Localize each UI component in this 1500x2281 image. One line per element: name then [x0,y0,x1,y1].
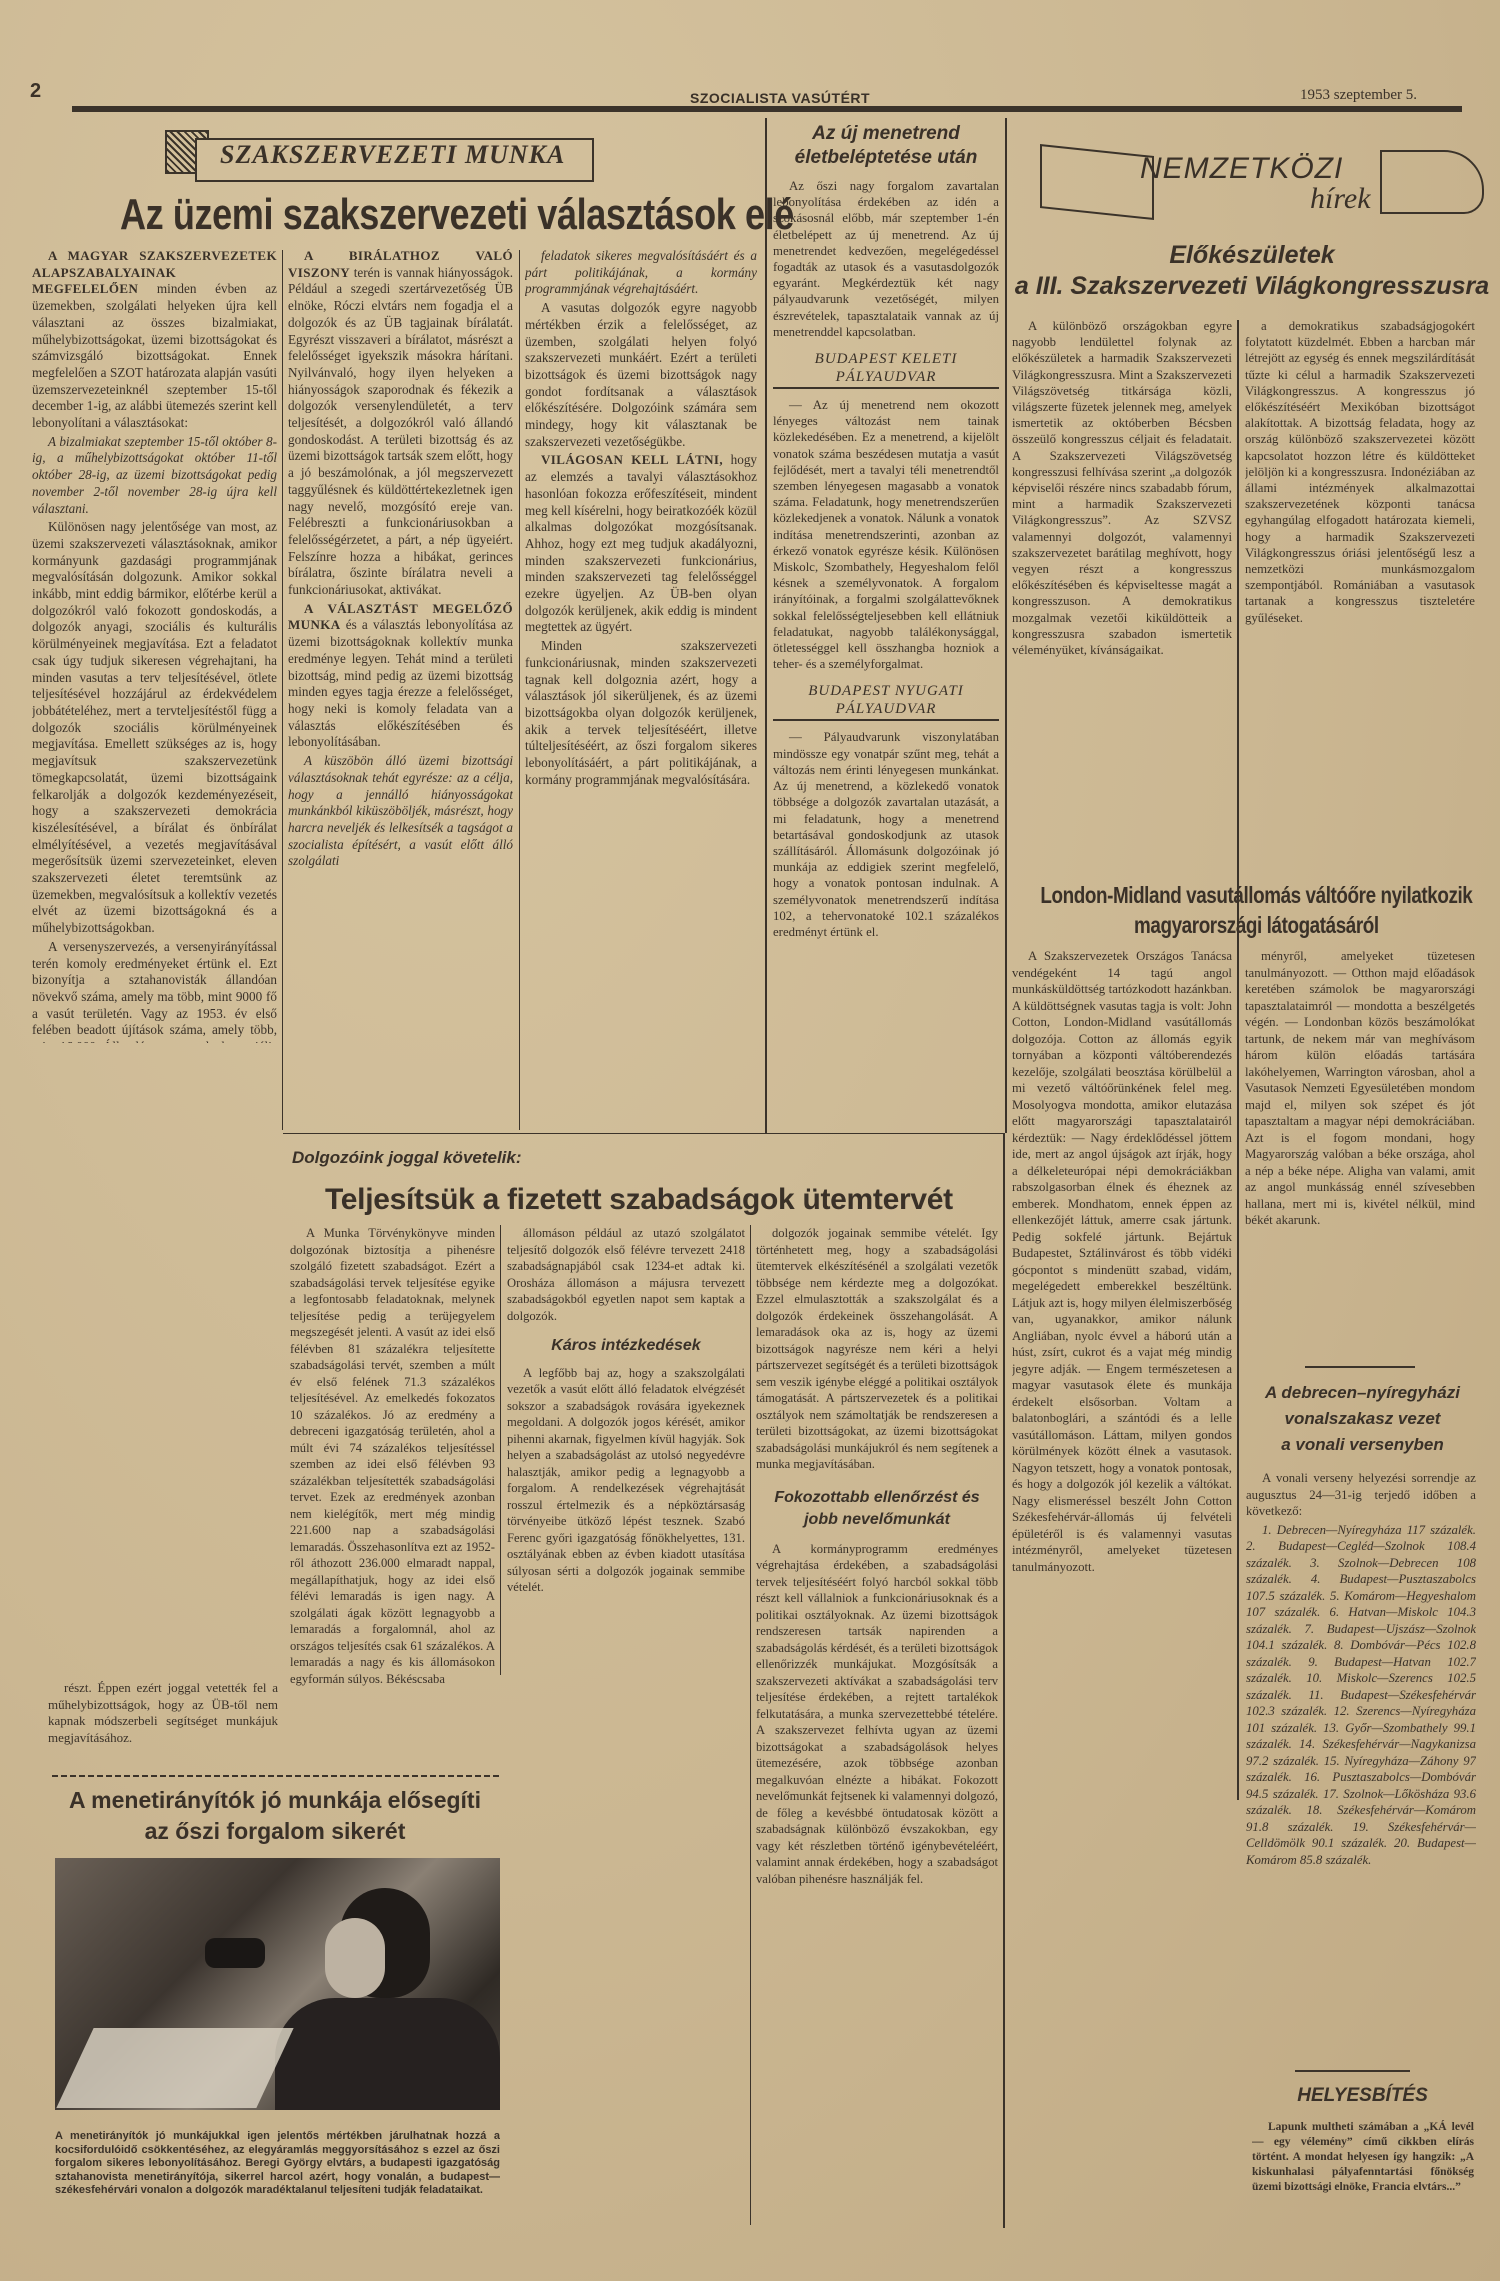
subhead-fokozottabb: Fokozottabb ellenőrzést és jobb nevelőmu… [766,1487,988,1531]
debrecen-body: A vonali verseny helyezési sorrendje az … [1246,1470,1476,2060]
vacation-kicker: Dolgozóink joggal követelik: [292,1148,522,1168]
congress-col1: A különböző országokban egyre nagyobb le… [1012,318,1232,878]
headline-dispatchers: A menetirányítók jó munkája elősegíti az… [40,1785,510,1847]
column-rule [765,118,767,1133]
correction-headline: HELYESBÍTÉS [1245,2085,1480,2107]
headline-congress: Előkészületek a III. Szakszervezeti Vilá… [1012,240,1492,302]
section-banner: SZAKSZERVEZETI MUNKA [165,130,605,185]
elections-col1: A MAGYAR SZAKSZERVEZETEK ALAPSZABALYAINA… [32,248,277,1043]
london-col1: A Szakszervezetek Országos Tanácsa vendé… [1012,948,1232,2223]
paper-name: SZOCIALISTA VASÚTÉRT [690,90,870,106]
subhead-keleti: BUDAPEST KELETI PÁLYAUDVAR [773,350,999,389]
vacation-col3: dolgozók jogainak semmibe vételét. Igy t… [756,1225,998,2225]
column-rule [282,250,283,1130]
dispatcher-photo [55,1858,500,2110]
vacation-col2: állomáson például az utazó szolgálatot t… [507,1225,745,2225]
photo-phone [205,1938,265,1968]
elections-col2: A BIRÁLATHOZ VALÓ VISZONY terén is vanna… [288,248,513,1128]
congress-col2: a demokratikus szabadságjogokért folytat… [1245,318,1475,878]
headline-debrecen: A debrecen–nyíregyházi vonalszakasz veze… [1245,1380,1480,1458]
rankings-list: 1. Debrecen—Nyíregyháza 117 százalék. 2.… [1246,1522,1476,1869]
column-rule [1237,320,1239,1800]
column-rule [750,1225,751,2225]
photo-figure-face [325,1918,385,1998]
dispatchers-col-end: részt. Éppen ezért joggal vetették fel a… [48,1680,278,1760]
divider [283,1133,1005,1134]
photo-caption: A menetirányítók jó munkájukkal igen jel… [55,2130,500,2210]
international-banner-title: NEMZETKÖZI [1140,152,1343,186]
timetable-body: Az őszi nagy forgalom zavartalan lebonyo… [773,178,999,1128]
subhead-nyugati: BUDAPEST NYUGATI PÁLYAUDVAR [773,682,999,721]
column-rule [1005,118,1007,1133]
masthead-rule [72,106,1462,112]
international-banner-subtitle: hírek [1310,182,1371,216]
international-banner: NEMZETKÖZI hírek [1020,130,1480,230]
page-number: 2 [30,80,41,103]
headline-timetable: Az új menetrend életbeléptetése után [772,122,1000,170]
divider [1305,1366,1415,1368]
photo-figure-body [275,1998,500,2110]
column-rule [1003,1133,1005,2228]
correction-body: Lapunk multheti számában a „KÁ levél — e… [1252,2120,1474,2220]
column-rule [500,1225,501,1675]
column-rule [519,250,520,1130]
subhead-karos: Káros intézkedések [507,1338,745,1355]
headline-vacation: Teljesítsük a fizetett szabadságok ütemt… [325,1183,953,1217]
divider [1295,2070,1410,2072]
elections-col3: feladatok sikeres megvalósításáért és a … [525,248,757,1128]
photo-desk-papers [56,2028,293,2108]
london-col2: ményről, amelyeket tüzetesen tanulmányoz… [1245,948,1475,1258]
headline-elections: Az üzemi szakszervezeti választások elé [120,190,794,240]
section-banner-title: SZAKSZERVEZETI MUNKA [220,140,565,170]
issue-date: 1953 szeptember 5. [1300,87,1417,104]
headline-london: London-Midland vasutállomás váltóőre nyi… [1035,880,1478,940]
divider [52,1775,502,1777]
